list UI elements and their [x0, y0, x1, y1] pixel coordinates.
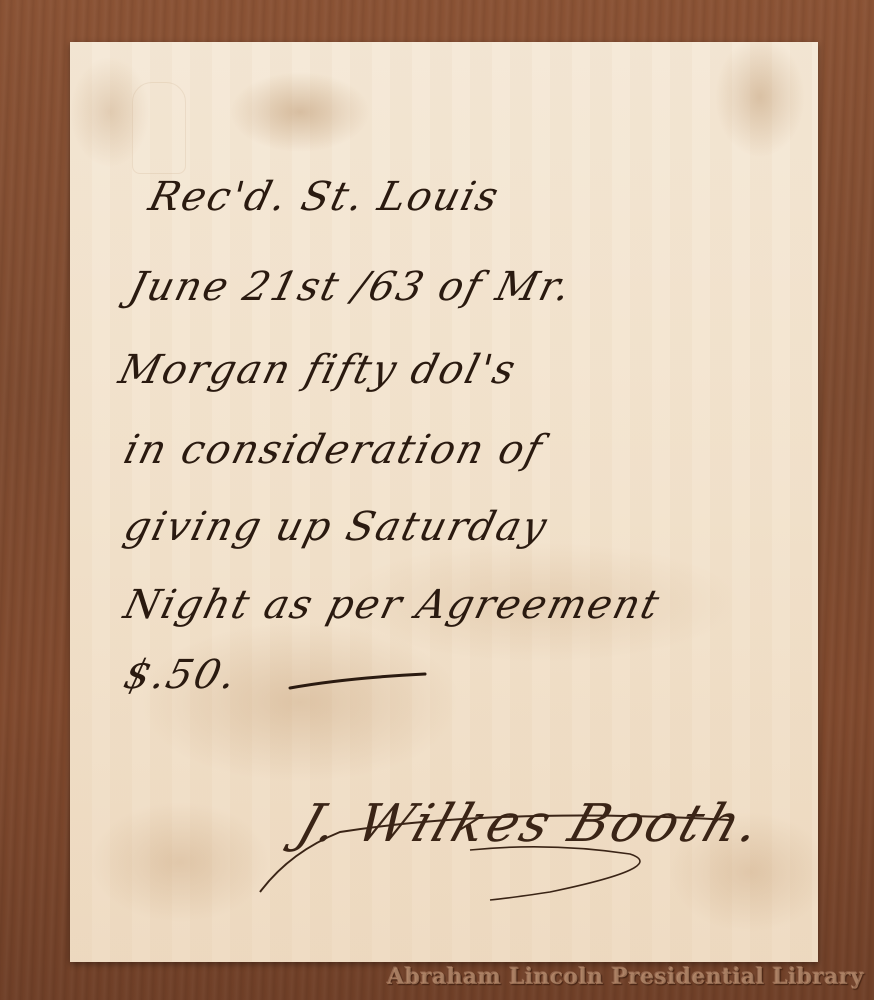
receipt-line-6: Night as per Agreement — [119, 582, 665, 628]
signature-flourish-icon — [250, 812, 770, 902]
receipt-amount: $.50. — [119, 652, 242, 698]
receipt-line-2: June 21st /63 of Mr. — [124, 264, 577, 310]
receipt-line-3: Morgan fifty dol's — [114, 347, 521, 393]
receipt-line-4: in consideration of — [119, 427, 548, 473]
receipt-line-1: Rec'd. St. Louis — [144, 174, 504, 220]
receipt-line-5: giving up Saturday — [119, 504, 553, 550]
receipt-paper: Rec'd. St. Louis June 21st /63 of Mr. Mo… — [70, 42, 818, 962]
amount-underline-flourish-icon — [285, 660, 435, 700]
embossed-crest-icon — [132, 82, 186, 174]
library-watermark: Abraham Lincoln Presidential Library — [387, 964, 864, 990]
